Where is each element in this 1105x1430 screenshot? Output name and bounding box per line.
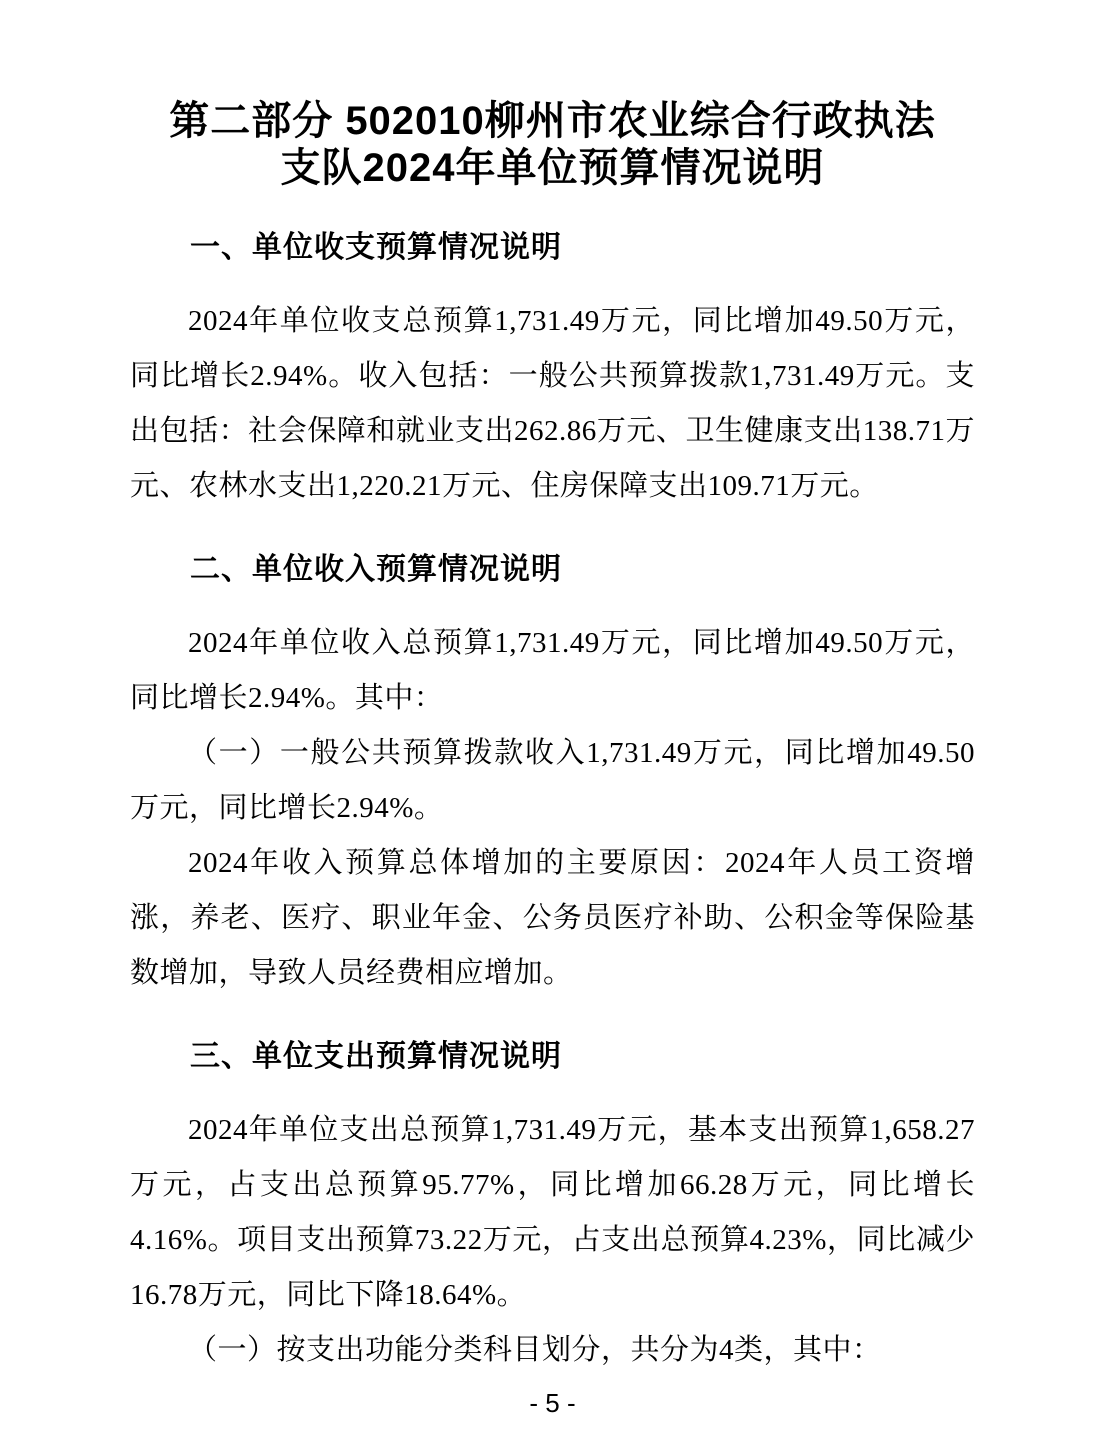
paragraph-total-budget: 2024年单位收支总预算1,731.49万元，同比增加49.50万元，同比增长2… bbox=[130, 294, 975, 514]
paragraph-income-total: 2024年单位收入总预算1,731.49万元，同比增加49.50万元，同比增长2… bbox=[130, 616, 975, 726]
section-heading-expenditure: 三、单位支出预算情况说明 bbox=[130, 1041, 975, 1073]
section-heading-income-expenditure: 一、单位收支预算情况说明 bbox=[130, 232, 975, 264]
paragraph-expenditure-classification: （一）按支出功能分类科目划分，共分为4类，其中： bbox=[130, 1323, 975, 1378]
paragraph-income-increase-reason: 2024年收入预算总体增加的主要原因：2024年人员工资增涨，养老、医疗、职业年… bbox=[130, 836, 975, 1001]
paragraph-expenditure-total: 2024年单位支出总预算1,731.49万元，基本支出预算1,658.27万元，… bbox=[130, 1103, 975, 1323]
document-title-line-1: 第二部分 502010柳州市农业综合行政执法 bbox=[130, 98, 975, 145]
document-page: 第二部分 502010柳州市农业综合行政执法 支队2024年单位预算情况说明 一… bbox=[0, 0, 1105, 1430]
document-title-line-2: 支队2024年单位预算情况说明 bbox=[130, 145, 975, 192]
document-title: 第二部分 502010柳州市农业综合行政执法 支队2024年单位预算情况说明 bbox=[130, 98, 975, 192]
section-heading-income: 二、单位收入预算情况说明 bbox=[130, 554, 975, 586]
paragraph-income-general-public: （一）一般公共预算拨款收入1,731.49万元，同比增加49.50万元，同比增长… bbox=[130, 726, 975, 836]
page-number: - 5 - bbox=[0, 1388, 1105, 1418]
